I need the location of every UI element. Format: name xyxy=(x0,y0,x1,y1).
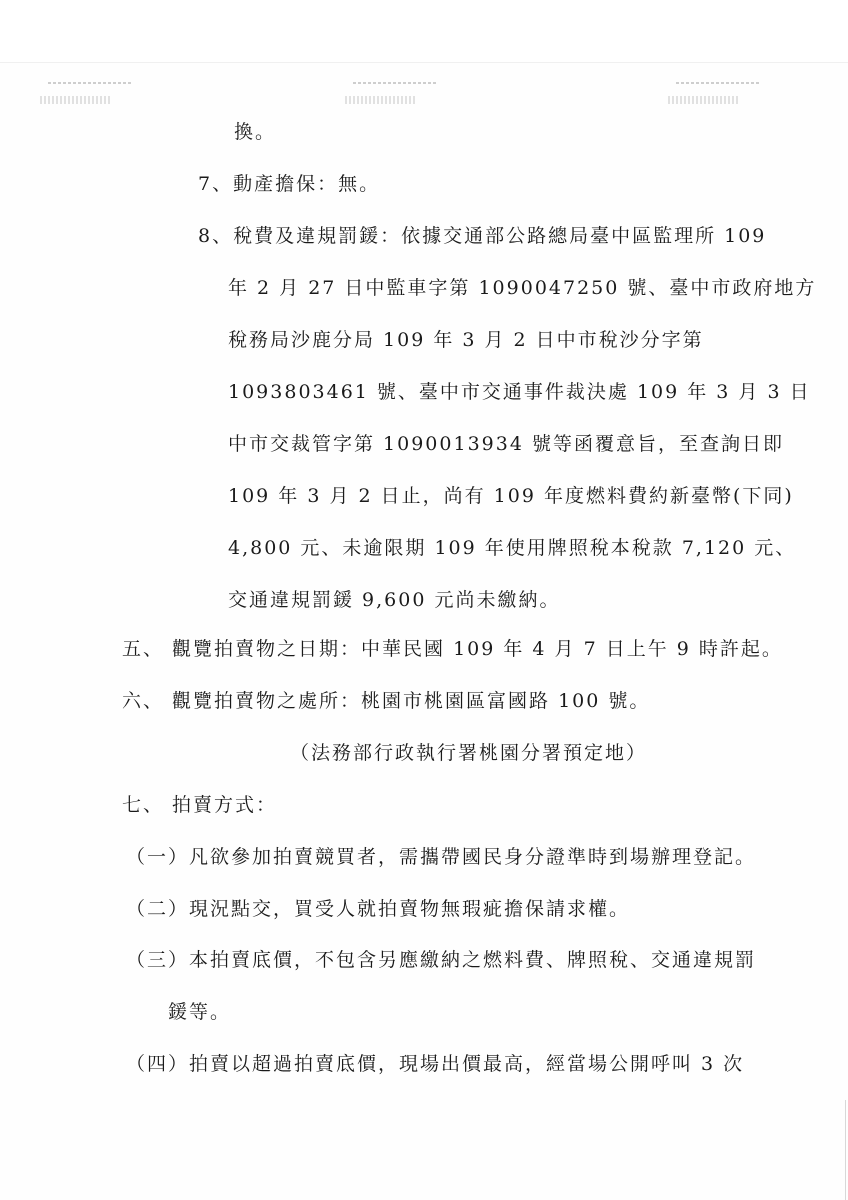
header-stamp-left xyxy=(40,82,150,110)
section-5-viewing-date: 五、 觀覽拍賣物之日期：中華民國 109 年 4 月 7 日上午 9 時許起。 xyxy=(122,637,783,661)
section-7-clause-3-cont: 鍰等。 xyxy=(168,1000,231,1024)
section-7-clause-2: （二）現況點交，買受人就拍賣物無瑕疵擔保請求權。 xyxy=(126,897,630,921)
section-7-clause-3: （三）本拍賣底價，不包含另應繳納之燃料費、牌照稅、交通違規罰 xyxy=(126,948,756,972)
header-stamp-right xyxy=(668,82,778,110)
item-8-line-4: 1093803461 號、臺中市交通事件裁決處 109 年 3 月 3 日 xyxy=(228,380,811,404)
section-7-clause-4: （四）拍賣以超過拍賣底價，現場出價最高，經當場公開呼叫 3 次 xyxy=(126,1052,744,1076)
section-7-clause-1: （一）凡欲參加拍賣競買者，需攜帶國民身分證準時到場辦理登記。 xyxy=(126,845,756,869)
section-7-auction-method: 七、 拍賣方式： xyxy=(122,793,277,817)
header-stamp-center xyxy=(345,82,455,110)
item-8-line-5: 中市交裁管字第 1090013934 號等函覆意旨，至查詢日即 xyxy=(228,432,784,456)
item-8-line-6: 109 年 3 月 2 日止，尚有 109 年度燃料費約新臺幣(下同) xyxy=(228,484,794,508)
page-top-margin xyxy=(0,0,848,63)
scanned-document-page: 換。 7、動產擔保：無。 8、稅費及違規罰鍰：依據交通部公路總局臺中區監理所 1… xyxy=(0,0,848,1200)
section-6-viewing-location: 六、 觀覽拍賣物之處所：桃園市桃園區富國路 100 號。 xyxy=(122,689,650,713)
section-6-location-note: （法務部行政執行署桃園分署預定地） xyxy=(290,741,647,765)
item-8-line-3: 稅務局沙鹿分局 109 年 3 月 2 日中市稅沙分字第 xyxy=(228,328,704,352)
item-8-line-2: 年 2 月 27 日中監車字第 1090047250 號、臺中市政府地方 xyxy=(228,276,816,300)
item-8-line-8: 交通違規罰鍰 9,600 元尚未繳納。 xyxy=(228,588,560,612)
item-8-taxes-and-fines: 8、稅費及違規罰鍰：依據交通部公路總局臺中區監理所 109 xyxy=(198,224,766,248)
continuation-line: 換。 xyxy=(234,120,276,144)
item-8-line-7: 4,800 元、未逾限期 109 年使用牌照稅本稅款 7,120 元、 xyxy=(228,536,796,560)
item-7-movable-collateral: 7、動產擔保：無。 xyxy=(198,172,380,196)
scan-edge-line xyxy=(845,1100,846,1200)
